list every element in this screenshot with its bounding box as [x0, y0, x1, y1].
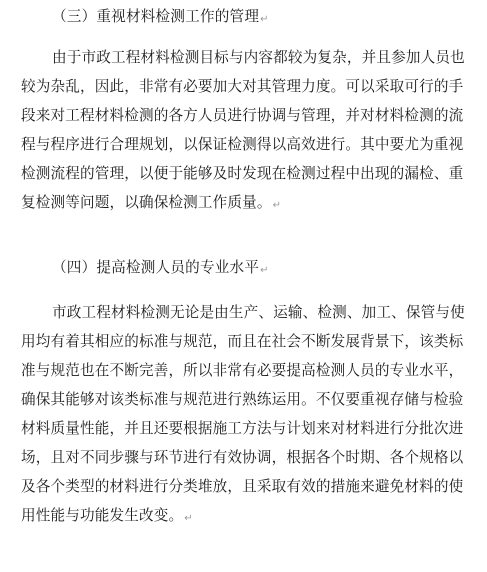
heading-text: （三）重视材料检测工作的管理 — [52, 8, 259, 25]
line-text: 用性能与功能发生改变。 — [21, 507, 183, 524]
paragraph-line: 场，且对不同步骤与环节进行有效协调，根据各个时期、各个规格以 — [21, 443, 467, 472]
paragraph-line: 检测流程的管理，以便于能够及时发现在检测过程中出现的漏检、重 — [21, 159, 467, 188]
paragraph-line: 确保其能够对该类标准与规范进行熟练运用。不仅要重视存储与检验 — [21, 385, 467, 414]
paragraph-line: 程与程序进行合理规划，以保证检测得以高效进行。其中要尤为重视 — [21, 130, 467, 159]
paragraph-line-last: 复检测等问题，以确保检测工作质量。↵ — [21, 188, 467, 217]
paragraph-line: 段来对工程材料检测的各方人员进行协调与管理，并对材料检测的流 — [21, 101, 467, 130]
paragraph-line: 材料质量性能，并且还要根据施工方法与计划来对材料进行分批次进 — [21, 414, 467, 443]
paragraph-mark-icon: ↵ — [260, 265, 269, 276]
paragraph-line: 及各个类型的材料进行分类堆放，且采取有效的措施来避免材料的使 — [21, 472, 467, 501]
section-heading-4: （四）提高检测人员的专业水平↵ — [52, 258, 269, 281]
paragraph-line: 由于市政工程材料检测目标与内容都较为复杂，并且参加人员也 — [21, 43, 467, 72]
paragraph-material-testing-management: 由于市政工程材料检测目标与内容都较为复杂，并且参加人员也 较为杂乱，因此，非常有… — [21, 43, 467, 217]
paragraph-mark-icon: ↵ — [184, 513, 193, 524]
section-heading-3: （三）重视材料检测工作的管理↵ — [52, 7, 269, 30]
paragraph-line: 用均有着其相应的标准与规范，而且在社会不断发展背景下，该类标 — [21, 327, 467, 356]
paragraph-staff-professional-level: 市政工程材料检测无论是由生产、运输、检测、加工、保管与使 用均有着其相应的标准与… — [21, 298, 467, 530]
line-text: 复检测等问题，以确保检测工作质量。 — [21, 194, 272, 211]
paragraph-mark-icon: ↵ — [273, 200, 282, 211]
heading-text: （四）提高检测人员的专业水平 — [52, 259, 259, 276]
paragraph-line-last: 用性能与功能发生改变。↵ — [21, 501, 467, 530]
paragraph-line: 准与规范也在不断完善，所以非常有必要提高检测人员的专业水平， — [21, 356, 467, 385]
paragraph-line: 市政工程材料检测无论是由生产、运输、检测、加工、保管与使 — [21, 298, 467, 327]
paragraph-mark-icon: ↵ — [260, 14, 269, 25]
paragraph-line: 较为杂乱，因此，非常有必要加大对其管理力度。可以采取可行的手 — [21, 72, 467, 101]
